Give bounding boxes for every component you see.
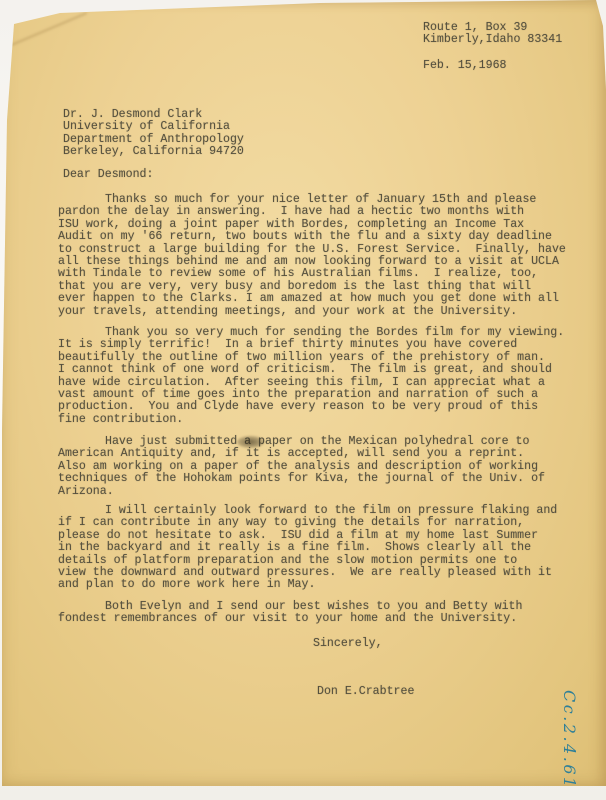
letter-paper: Route 1, Box 39 Kimberly,Idaho 83341 Feb… [0, 0, 606, 786]
letter-date: Feb. 15,1968 [423, 60, 507, 72]
recipient-address: Dr. J. Desmond Clark University of Calif… [63, 109, 244, 159]
scan-background: Route 1, Box 39 Kimberly,Idaho 83341 Feb… [0, 0, 606, 800]
paper-crease [2, 12, 87, 50]
paragraph-2: Thank you so very much for sending the B… [58, 327, 568, 426]
sender-address: Route 1, Box 39 Kimberly,Idaho 83341 [423, 22, 562, 47]
paragraph-4: I will certainly look forward to the fil… [58, 505, 568, 592]
archival-annotation: Cc.2.4.61 [560, 690, 579, 790]
salutation: Dear Desmond: [63, 169, 153, 181]
signature-name: Don E.Crabtree [317, 686, 414, 698]
closing: Sincerely, [313, 638, 383, 650]
paragraph-5: Both Evelyn and I send our best wishes t… [58, 601, 568, 626]
paragraph-1: Thanks so much for your nice letter of J… [58, 194, 568, 318]
paragraph-3: Have just submitted a paper on the Mexic… [58, 436, 568, 498]
ink-smudge [237, 436, 264, 448]
